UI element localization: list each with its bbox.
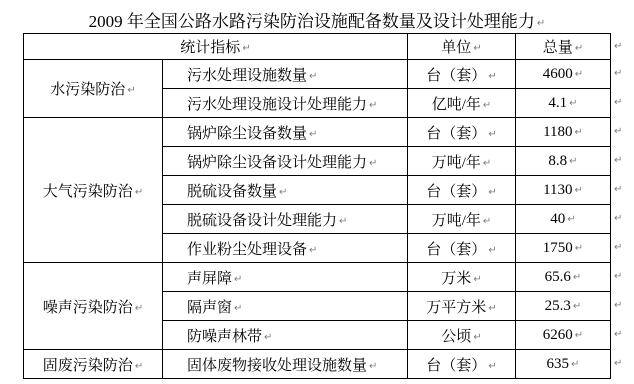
row-end-mark: ↵	[614, 146, 634, 175]
paragraph-mark-icon: ↵	[488, 187, 496, 198]
indicator-cell: 锅炉除尘设备设计处理能力↵	[163, 147, 408, 176]
table-row: 噪声污染防治↵声屏障↵万米↵65.6↵	[24, 263, 611, 292]
paragraph-mark-icon: ↵	[264, 332, 272, 343]
row-end-mark: ↵	[614, 320, 634, 349]
total-cell: 6260↵	[516, 321, 611, 350]
category-cell: 水污染防治↵	[24, 60, 163, 118]
total-value: 4600	[543, 66, 573, 82]
paragraph-mark-icon: ↵	[614, 242, 622, 253]
unit-label: 台（套）	[426, 242, 486, 258]
header-cell-total: 总量↵	[516, 34, 611, 60]
total-value: 4.1	[548, 95, 567, 111]
indicator-cell: 脱硫设备数量↵	[163, 176, 408, 205]
table-row: 大气污染防治↵锅炉除尘设备数量↵台（套）↵1180↵	[24, 118, 611, 147]
row-end-mark: ↵	[614, 349, 634, 378]
header-indicator-label: 统计指标	[180, 40, 240, 56]
paragraph-mark-icon: ↵	[575, 69, 583, 80]
paragraph-mark-icon: ↵	[614, 271, 622, 282]
paragraph-mark-icon: ↵	[127, 85, 135, 96]
indicator-label: 固体废物接收处理设施数量	[187, 358, 367, 374]
paragraph-mark-icon: ↵	[369, 100, 377, 111]
paragraph-mark-icon: ↵	[573, 272, 581, 283]
paragraph-mark-icon: ↵	[569, 98, 577, 109]
indicator-label: 锅炉除尘设备数量	[187, 126, 307, 142]
document-title: 2009 年全国公路水路污染防治设施配备数量及设计处理能力	[89, 12, 535, 31]
row-end-marks-column: ↵↵↵↵↵↵↵↵↵↵↵↵	[614, 33, 634, 378]
paragraph-mark-icon: ↵	[614, 68, 622, 79]
paragraph-mark-icon: ↵	[483, 216, 491, 227]
unit-label: 万吨/年	[432, 155, 481, 171]
indicator-cell: 污水处理设施数量↵	[163, 60, 408, 89]
row-end-mark: ↵	[614, 204, 634, 233]
paragraph-mark-icon: ↵	[614, 97, 622, 108]
paragraph-mark-icon: ↵	[242, 43, 250, 54]
paragraph-mark-icon: ↵	[234, 303, 242, 314]
category-cell: 大气污染防治↵	[24, 118, 163, 263]
unit-cell: 台（套）↵	[408, 234, 516, 263]
paragraph-mark-icon: ↵	[488, 303, 496, 314]
indicator-cell: 作业粉尘处理设备↵	[163, 234, 408, 263]
indicator-label: 锅炉除尘设备设计处理能力	[187, 155, 367, 171]
total-value: 65.6	[545, 269, 571, 285]
row-end-mark: ↵	[614, 262, 634, 291]
category-label: 固废污染防治	[43, 358, 133, 374]
total-value: 40	[550, 211, 565, 227]
paragraph-mark-icon: ↵	[567, 214, 575, 225]
row-end-mark: ↵	[614, 88, 634, 117]
unit-cell: 万平方米↵	[408, 292, 516, 321]
paragraph-mark-icon: ↵	[575, 330, 583, 341]
total-value: 1130	[543, 182, 572, 198]
total-cell: 8.8↵	[516, 147, 611, 176]
indicator-label: 脱硫设备数量	[187, 184, 277, 200]
total-cell: 1180↵	[516, 118, 611, 147]
indicator-cell: 声屏障↵	[163, 263, 408, 292]
row-end-mark: ↵	[614, 291, 634, 320]
indicator-label: 声屏障	[187, 271, 232, 287]
unit-cell: 公顷↵	[408, 321, 516, 350]
paragraph-mark-icon: ↵	[575, 127, 583, 138]
paragraph-mark-icon: ↵	[614, 41, 622, 52]
paragraph-mark-icon: ↵	[309, 245, 317, 256]
paragraph-mark-icon: ↵	[537, 18, 545, 29]
paragraph-mark-icon: ↵	[234, 274, 242, 285]
unit-label: 台（套）	[426, 184, 486, 200]
unit-cell: 亿吨/年↵	[408, 89, 516, 118]
paragraph-mark-icon: ↵	[569, 156, 577, 167]
paragraph-mark-icon: ↵	[488, 361, 496, 372]
category-label: 噪声污染防治	[43, 300, 133, 316]
header-cell-unit: 单位↵	[408, 34, 516, 60]
paragraph-mark-icon: ↵	[135, 361, 143, 372]
paragraph-mark-icon: ↵	[488, 71, 496, 82]
paragraph-mark-icon: ↵	[614, 184, 622, 195]
total-cell: 65.6↵	[516, 263, 611, 292]
header-total-label: 总量	[543, 40, 573, 56]
category-cell: 固废污染防治↵	[24, 350, 163, 379]
unit-cell: 台（套）↵	[408, 118, 516, 147]
header-unit-label: 单位	[441, 40, 471, 56]
unit-label: 亿吨/年	[432, 97, 481, 113]
paragraph-mark-icon: ↵	[575, 185, 583, 196]
category-label: 大气污染防治	[43, 184, 133, 200]
total-cell: 4600↵	[516, 60, 611, 89]
unit-label: 万平方米	[426, 300, 486, 316]
indicator-label: 隔声窗	[187, 300, 232, 316]
indicator-cell: 脱硫设备设计处理能力↵	[163, 205, 408, 234]
total-value: 1180	[543, 124, 572, 140]
indicator-label: 作业粉尘处理设备	[187, 242, 307, 258]
paragraph-mark-icon: ↵	[309, 71, 317, 82]
unit-label: 台（套）	[426, 68, 486, 84]
total-value: 25.3	[545, 298, 571, 314]
indicator-label: 防噪声林带	[187, 329, 262, 345]
unit-cell: 万吨/年↵	[408, 205, 516, 234]
total-value: 6260	[543, 327, 573, 343]
row-end-mark: ↵	[614, 117, 634, 146]
indicator-cell: 防噪声林带↵	[163, 321, 408, 350]
indicator-cell: 固体废物接收处理设施数量↵	[163, 350, 408, 379]
unit-cell: 台（套）↵	[408, 176, 516, 205]
unit-cell: 万米↵	[408, 263, 516, 292]
paragraph-mark-icon: ↵	[473, 43, 481, 54]
total-value: 1750	[543, 240, 573, 256]
row-end-mark: ↵	[614, 59, 634, 88]
paragraph-mark-icon: ↵	[483, 158, 491, 169]
paragraph-mark-icon: ↵	[614, 155, 622, 166]
paragraph-mark-icon: ↵	[573, 301, 581, 312]
paragraph-mark-icon: ↵	[135, 187, 143, 198]
paragraph-mark-icon: ↵	[614, 213, 622, 224]
paragraph-mark-icon: ↵	[571, 359, 579, 370]
paragraph-mark-icon: ↵	[135, 303, 143, 314]
total-cell: 1130↵	[516, 176, 611, 205]
total-value: 635	[547, 356, 570, 372]
unit-cell: 万吨/年↵	[408, 147, 516, 176]
paragraph-mark-icon: ↵	[279, 187, 287, 198]
indicator-cell: 隔声窗↵	[163, 292, 408, 321]
row-end-mark: ↵	[614, 233, 634, 262]
category-cell: 噪声污染防治↵	[24, 263, 163, 350]
unit-label: 万吨/年	[432, 213, 481, 229]
paragraph-mark-icon: ↵	[309, 129, 317, 140]
paragraph-mark-icon: ↵	[339, 216, 347, 227]
paragraph-mark-icon: ↵	[614, 358, 622, 369]
header-cell-indicator: 统计指标↵	[24, 34, 408, 60]
total-cell: 635↵	[516, 350, 611, 379]
paragraph-mark-icon: ↵	[614, 329, 622, 340]
row-end-mark: ↵	[614, 33, 634, 59]
total-cell: 25.3↵	[516, 292, 611, 321]
table-row: 水污染防治↵污水处理设施数量↵台（套）↵4600↵	[24, 60, 611, 89]
paragraph-mark-icon: ↵	[483, 100, 491, 111]
indicator-cell: 锅炉除尘设备数量↵	[163, 118, 408, 147]
indicator-label: 污水处理设施数量	[187, 68, 307, 84]
paragraph-mark-icon: ↵	[614, 300, 622, 311]
total-cell: 4.1↵	[516, 89, 611, 118]
table-header-row: 统计指标↵ 单位↵ 总量↵	[24, 34, 611, 60]
row-end-mark: ↵	[614, 175, 634, 204]
unit-cell: 台（套）↵	[408, 60, 516, 89]
paragraph-mark-icon: ↵	[473, 274, 481, 285]
unit-label: 公顷	[441, 329, 471, 345]
paragraph-mark-icon: ↵	[614, 126, 622, 137]
total-value: 8.8	[548, 153, 567, 169]
unit-label: 万米	[441, 271, 471, 287]
paragraph-mark-icon: ↵	[488, 129, 496, 140]
paragraph-mark-icon: ↵	[369, 158, 377, 169]
unit-cell: 台（套）↵	[408, 350, 516, 379]
total-cell: 40↵	[516, 205, 611, 234]
category-label: 水污染防治	[50, 82, 125, 98]
paragraph-mark-icon: ↵	[488, 245, 496, 256]
indicator-cell: 污水处理设施设计处理能力↵	[163, 89, 408, 118]
unit-label: 台（套）	[426, 126, 486, 142]
paragraph-mark-icon: ↵	[369, 361, 377, 372]
document-title-line: 2009 年全国公路水路污染防治设施配备数量及设计处理能力↵	[0, 7, 634, 32]
unit-label: 台（套）	[426, 358, 486, 374]
indicator-label: 污水处理设施设计处理能力	[187, 97, 367, 113]
indicator-label: 脱硫设备设计处理能力	[187, 213, 337, 229]
paragraph-mark-icon: ↵	[575, 43, 583, 54]
total-cell: 1750↵	[516, 234, 611, 263]
paragraph-mark-icon: ↵	[473, 332, 481, 343]
stats-table: 统计指标↵ 单位↵ 总量↵ 水污染防治↵污水处理设施数量↵台（套）↵4600↵污…	[23, 33, 611, 379]
table-row: 固废污染防治↵固体废物接收处理设施数量↵台（套）↵635↵	[24, 350, 611, 379]
paragraph-mark-icon: ↵	[575, 243, 583, 254]
